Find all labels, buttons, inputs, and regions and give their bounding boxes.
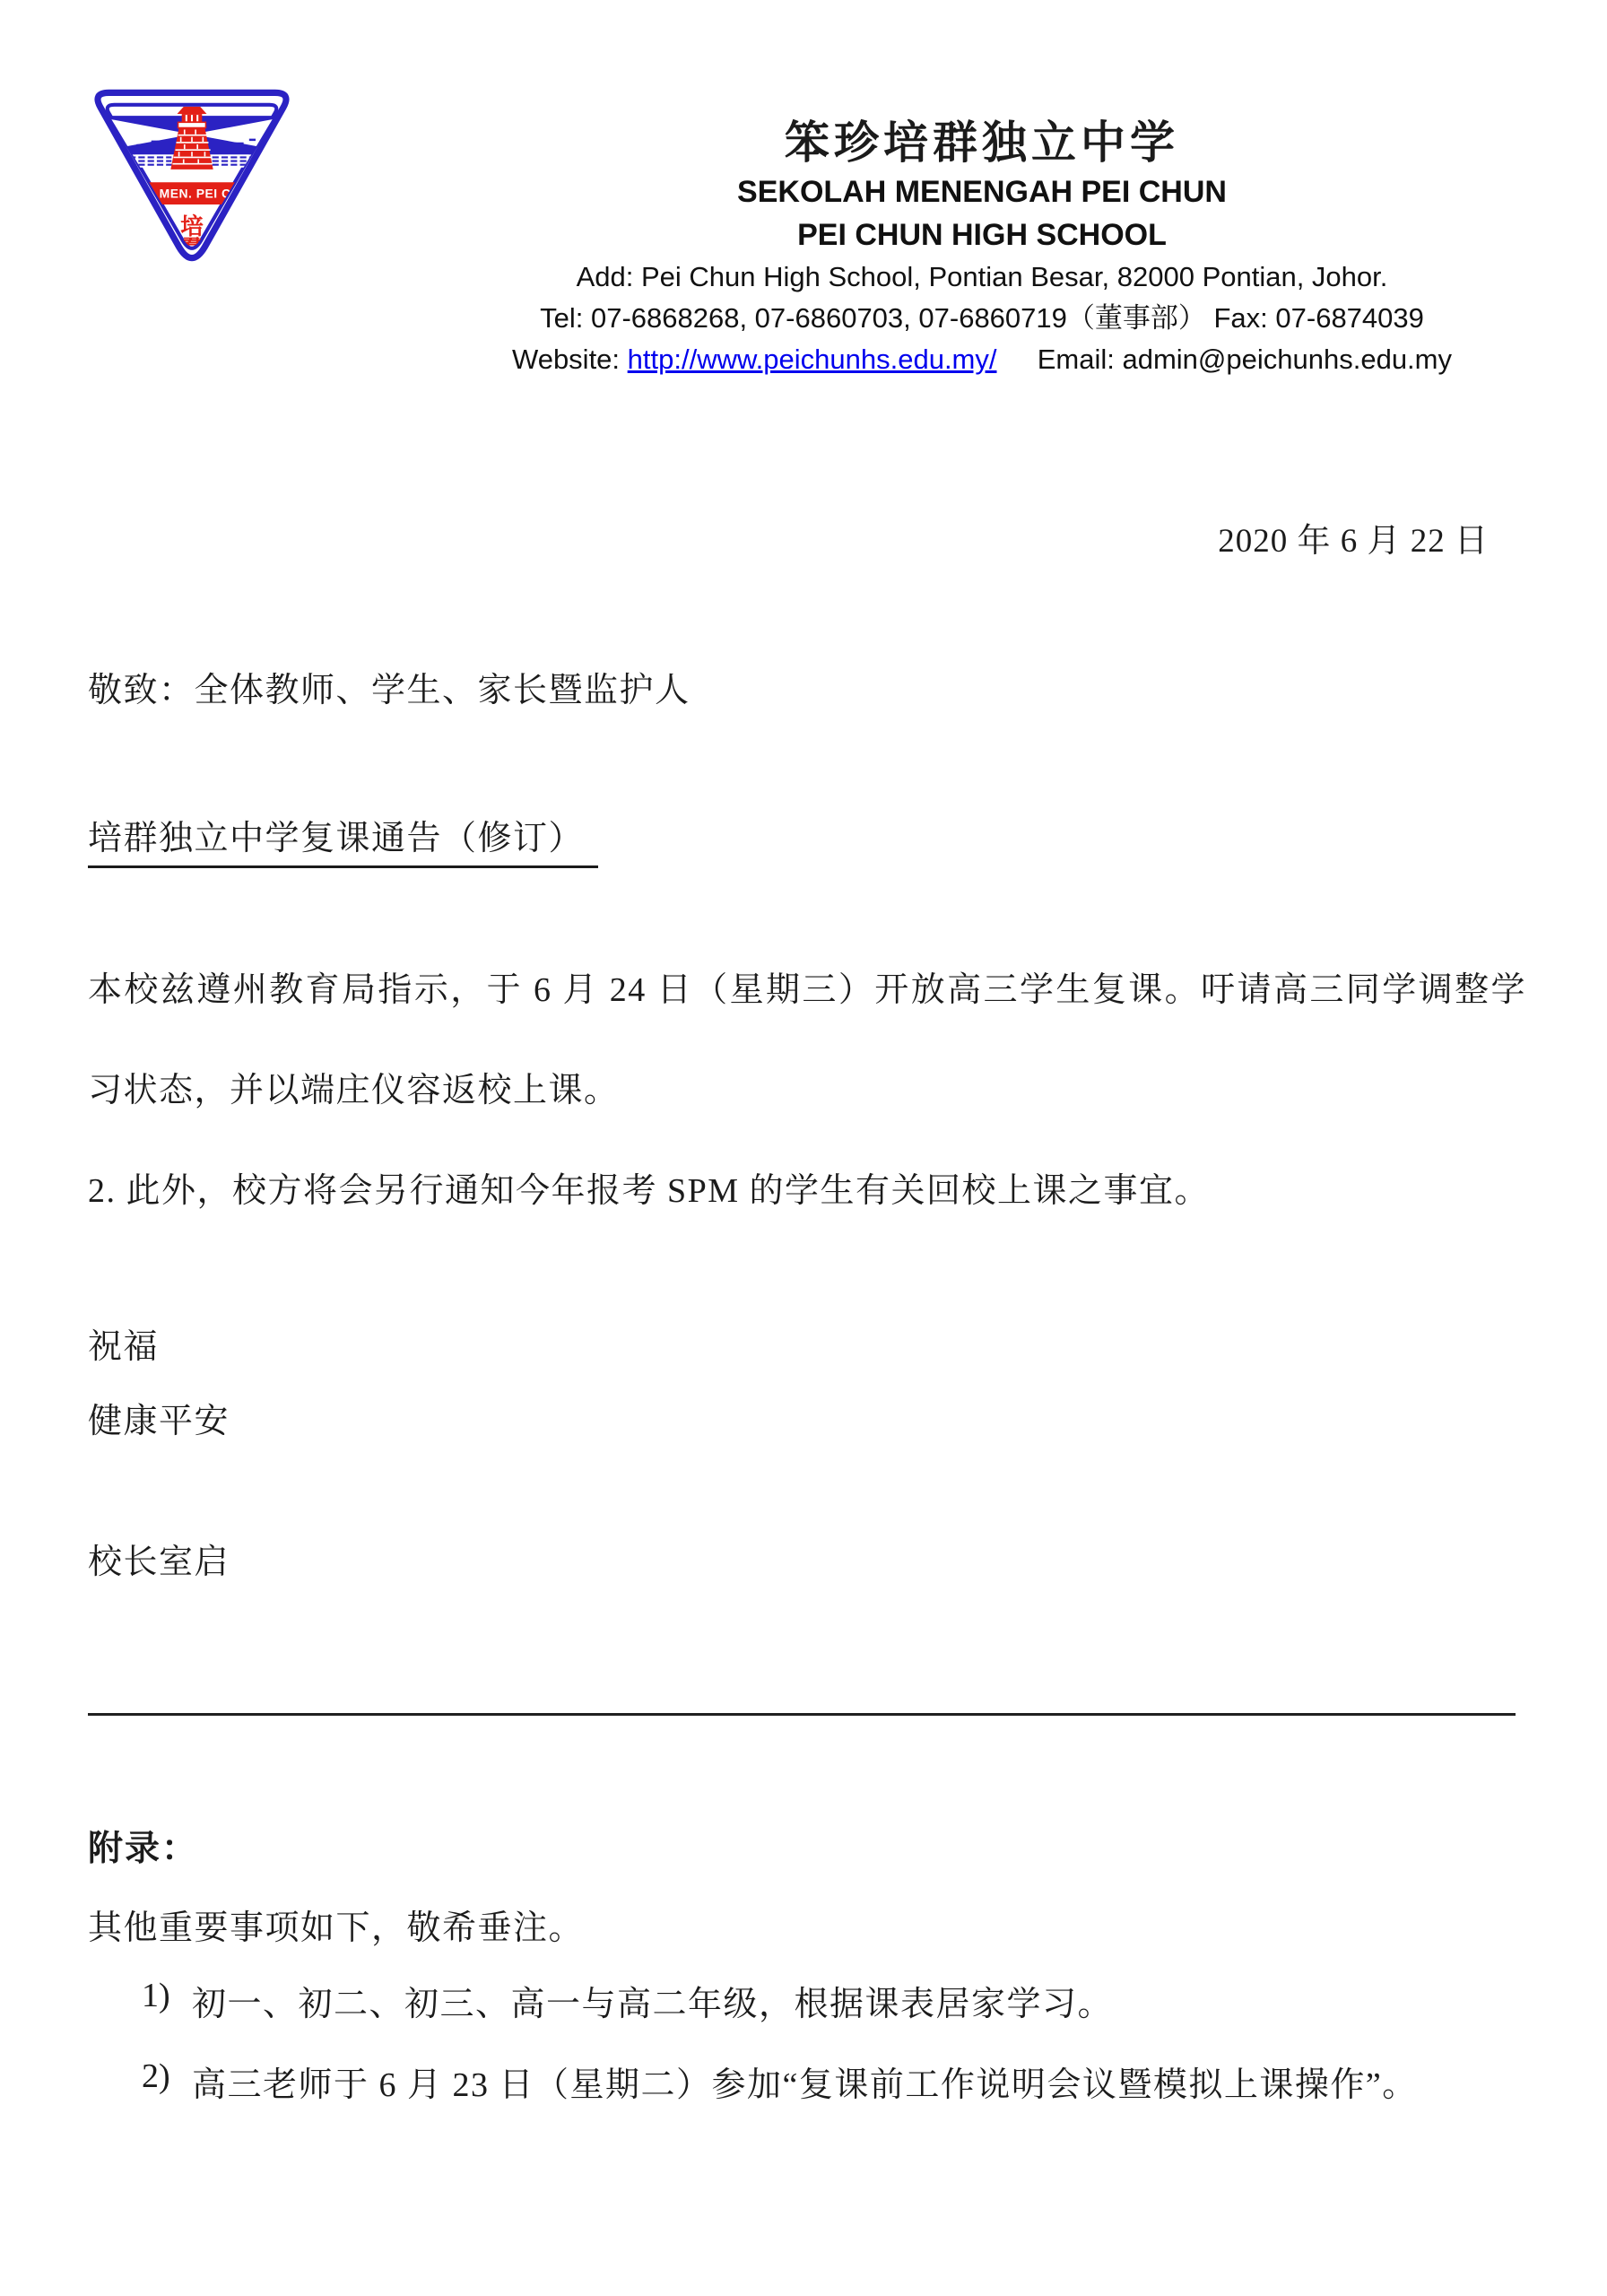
school-logo: SEK. MEN. PEI CHUN 笨 珍 培 群 培 羣 [81,81,303,269]
website-label: Website: [512,344,620,375]
lighthouse-gallery [178,122,206,127]
appendix-title: 附录： [88,1821,198,1871]
letter-blessing-1: 祝福 [88,1318,159,1368]
appendix-item-2-text: 高三老师于 6 月 23 日（星期二）参加“复课前工作说明会议暨模拟上课操作”。 [192,2057,1418,2106]
letter-signoff: 校长室启 [88,1534,230,1583]
appendix-item-2-number: 2) [142,2057,192,2106]
appendix-item-1-text: 初一、初二、初三、高一与高二年级，根据课表居家学习。 [192,1976,1113,2025]
school-address: Add: Pei Chun High School, Pontian Besar… [359,257,1605,298]
appendix-item-1: 1) 初一、初二、初三、高一与高二年级，根据课表居家学习。 [142,1976,1541,2025]
letter-subject-text: 培群独立中学复课通告（修订） [88,810,598,868]
letter-subject: 培群独立中学复课通告（修订） [88,810,598,868]
letter-paragraph-1: 本校兹遵州教育局指示，于 6 月 24 日（星期三）开放高三学生复课。吁请高三同… [88,940,1526,1141]
appendix-intro: 其他重要事项如下，敬希垂注。 [88,1900,584,1949]
school-name-chinese: 笨珍培群独立中学 [359,115,1605,170]
letter-greeting: 敬致：全体教师、学生、家长暨监护人 [88,662,691,711]
letter-blessing-2: 健康平安 [88,1393,230,1442]
school-name-english: PEI CHUN HIGH SCHOOL [359,213,1605,257]
signature-divider-line [88,1679,1516,1716]
website-link[interactable]: http://www.peichunhs.edu.my/ [628,344,997,375]
letterhead: 笨珍培群独立中学 SEKOLAH MENENGAH PEI CHUN PEI C… [359,115,1605,380]
school-phone-fax: Tel: 07-6868268, 07-6860703, 07-6860719（… [359,298,1605,339]
appendix-item-2: 2) 高三老师于 6 月 23 日（星期二）参加“复课前工作说明会议暨模拟上课操… [142,2057,1541,2106]
school-badge-icon: SEK. MEN. PEI CHUN 笨 珍 培 群 培 羣 [81,81,303,269]
letter-date: 2020 年 6 月 22 日 [1218,513,1489,561]
letter-page: SEK. MEN. PEI CHUN 笨 珍 培 群 培 羣 笨珍培群独立中学 … [0,0,1607,2296]
school-web-email: Website: http://www.peichunhs.edu.my/ Em… [359,339,1605,380]
email-label: Email: admin@peichunhs.edu.my [1038,344,1452,375]
school-name-malay: SEKOLAH MENENGAH PEI CHUN [359,170,1605,213]
appendix-item-1-number: 1) [142,1976,192,2025]
letter-paragraph-2: 2. 此外，校方将会另行通知今年报考 SPM 的学生有关回校上课之事宜。 [88,1169,1526,1213]
